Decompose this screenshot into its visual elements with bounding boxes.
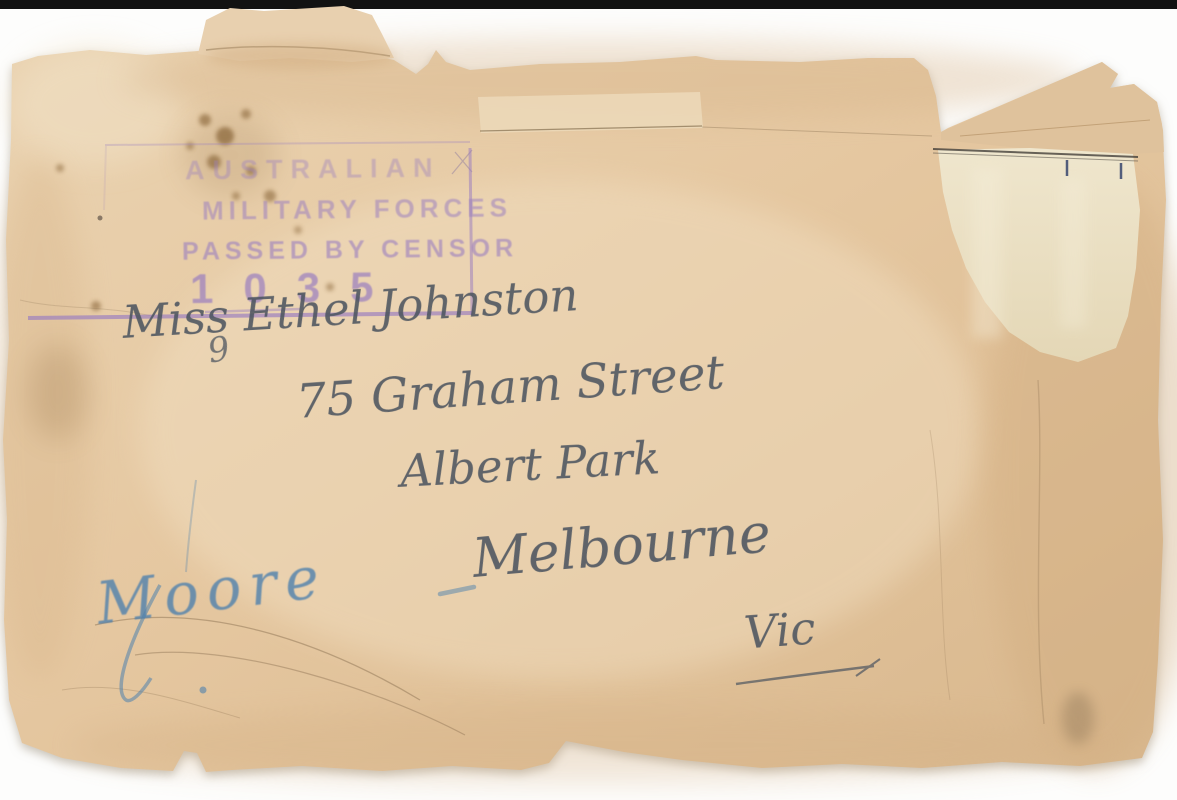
address-state: Vic — [742, 602, 817, 660]
envelope-scan: AUSTRALIAN MILITARY FORCES PASSED BY CEN… — [0, 0, 1177, 800]
censor-stamp-line-1: AUSTRALIAN — [185, 153, 441, 187]
censor-stamp-line-3: PASSED BY CENSOR — [182, 234, 518, 267]
censor-stamp-line-2: MILITARY FORCES — [202, 192, 512, 226]
torn-flap-fragment — [198, 6, 395, 69]
